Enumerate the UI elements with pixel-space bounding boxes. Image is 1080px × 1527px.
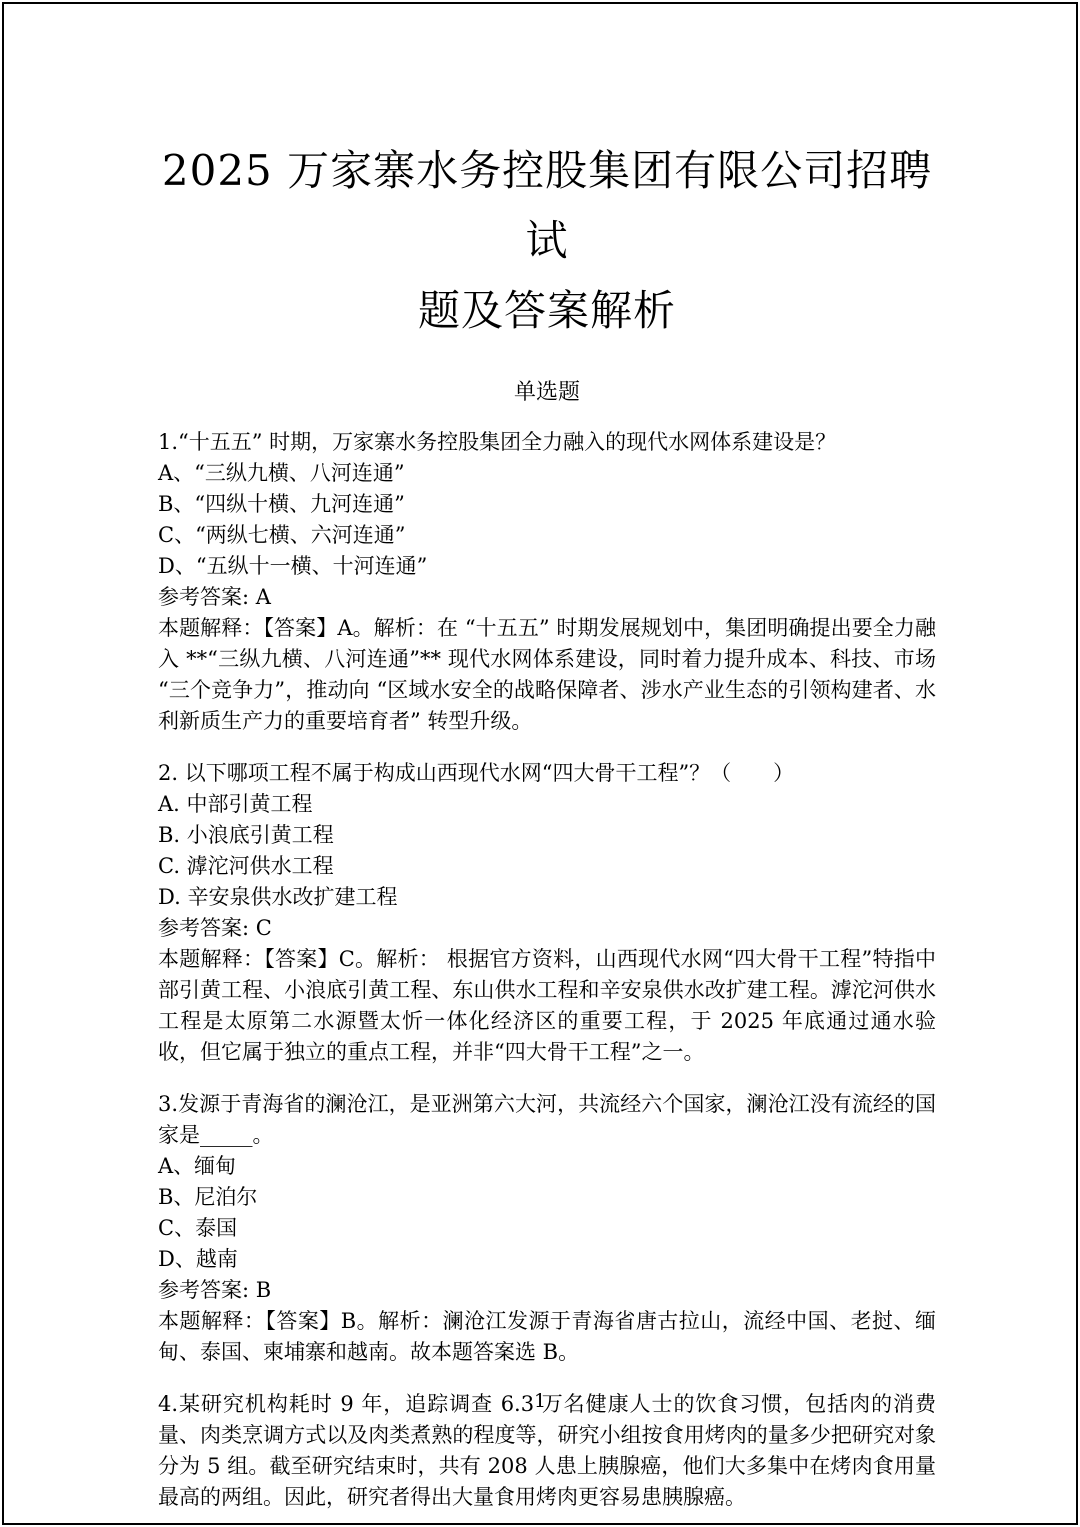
question-1-stem: 1.“十五五” 时期，万家寨水务控股集团全力融入的现代水网体系建设是？: [158, 427, 936, 458]
question-3-stem: 3.发源于青海省的澜沧江，是亚洲第六大河，共流经六个国家，澜沧江没有流经的国家是…: [158, 1089, 936, 1151]
question-3-option-c: C、泰国: [158, 1213, 936, 1244]
question-1-option-c: C、“两纵七横、六河连通”: [158, 520, 936, 551]
question-list: 1.“十五五” 时期，万家寨水务控股集团全力融入的现代水网体系建设是？ A、“三…: [158, 427, 936, 1513]
question-1: 1.“十五五” 时期，万家寨水务控股集团全力融入的现代水网体系建设是？ A、“三…: [158, 427, 936, 737]
question-2-option-c: C. 滹沱河供水工程: [158, 851, 936, 882]
question-3-option-d: D、越南: [158, 1244, 936, 1275]
question-3-option-b: B、尼泊尔: [158, 1182, 936, 1213]
section-heading: 单选题: [158, 377, 936, 408]
page-number: 1: [534, 1390, 546, 1412]
document-page: 2025 万家寨水务控股集团有限公司招聘试 题及答案解析 单选题 1.“十五五”…: [2, 2, 1078, 1525]
question-1-option-b: B、“四纵十横、九河连通”: [158, 489, 936, 520]
question-2-option-b: B. 小浪底引黄工程: [158, 820, 936, 851]
question-2-answer: 参考答案: C: [158, 913, 936, 944]
question-3-explanation: 本题解释：【答案】B。解析：澜沧江发源于青海省唐古拉山，流经中国、老挝、缅甸、泰…: [158, 1306, 936, 1368]
document-header: 2025 万家寨水务控股集团有限公司招聘试 题及答案解析 单选题: [158, 136, 936, 408]
question-2-stem: 2. 以下哪项工程不属于构成山西现代水网“四大骨干工程”？（ ）: [158, 758, 936, 789]
question-2-option-d: D. 辛安泉供水改扩建工程: [158, 882, 936, 913]
page-footer: 1: [4, 1390, 1076, 1412]
question-3: 3.发源于青海省的澜沧江，是亚洲第六大河，共流经六个国家，澜沧江没有流经的国家是…: [158, 1089, 936, 1368]
question-3-option-a: A、缅甸: [158, 1151, 936, 1182]
question-2-explanation: 本题解释：【答案】C。解析： 根据官方资料，山西现代水网“四大骨干工程”特指中部…: [158, 944, 936, 1068]
title-line-1: 2025 万家寨水务控股集团有限公司招聘试: [158, 136, 936, 276]
question-3-answer: 参考答案: B: [158, 1275, 936, 1306]
question-1-option-d: D、“五纵十一横、十河连通”: [158, 551, 936, 582]
question-2: 2. 以下哪项工程不属于构成山西现代水网“四大骨干工程”？（ ） A. 中部引黄…: [158, 758, 936, 1068]
question-1-answer: 参考答案: A: [158, 582, 936, 613]
document-title: 2025 万家寨水务控股集团有限公司招聘试 题及答案解析: [158, 136, 936, 346]
question-1-option-a: A、“三纵九横、八河连通”: [158, 458, 936, 489]
title-line-2: 题及答案解析: [158, 276, 936, 346]
question-1-explanation: 本题解释：【答案】A。解析：在 “十五五” 时期发展规划中，集团明确提出要全力融…: [158, 613, 936, 737]
question-2-option-a: A. 中部引黄工程: [158, 789, 936, 820]
